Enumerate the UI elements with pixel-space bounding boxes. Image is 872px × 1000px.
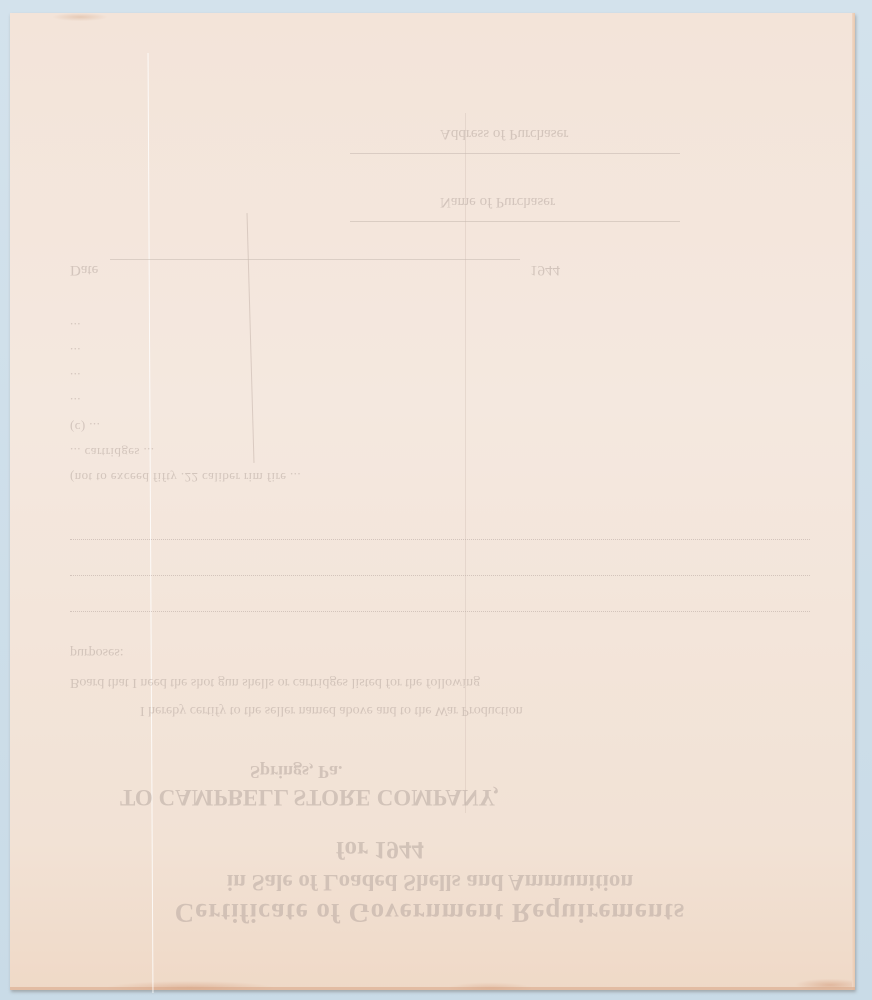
paragraph-line: ... (70, 319, 81, 335)
show-through-text: Certificate of Government Requirements i… (10, 13, 855, 990)
date-line (110, 259, 520, 260)
blank-line (70, 611, 810, 612)
date-label: Date (70, 261, 98, 278)
address-line (350, 153, 680, 154)
paragraph-line: (c) ... (70, 419, 100, 435)
certify-line: I hereby certify to the seller named abo… (140, 702, 523, 718)
blank-line (70, 575, 810, 576)
addressee: TO CAMPBELL STORE COMPANY, (120, 784, 499, 810)
address-label: Address of Purchaser (440, 125, 568, 142)
addressee-town: Springs, Pa. (250, 761, 343, 782)
blank-line (70, 539, 810, 540)
paragraph-line: ... cartridges ... (70, 444, 154, 460)
certify-line: Board that I need the shot gun shells or… (70, 674, 480, 690)
paper-sheet: Certificate of Government Requirements i… (10, 13, 855, 990)
paragraph-line: ... (70, 394, 81, 410)
paragraph-line: ... (70, 369, 81, 385)
form-subtitle: in Sale of Loaded Shells and Ammunition (130, 869, 730, 895)
form-title: Certificate of Government Requirements (130, 897, 730, 928)
name-label: Name of Purchaser (440, 193, 555, 210)
name-line (350, 221, 680, 222)
paragraph-line: (not to exceed fifty .22 caliber rim fir… (70, 469, 301, 485)
paragraph-line: ... (70, 344, 81, 360)
certify-line: purposes: (70, 644, 124, 660)
date-year: 1944 (530, 261, 560, 278)
form-year: for 1944 (130, 835, 630, 863)
